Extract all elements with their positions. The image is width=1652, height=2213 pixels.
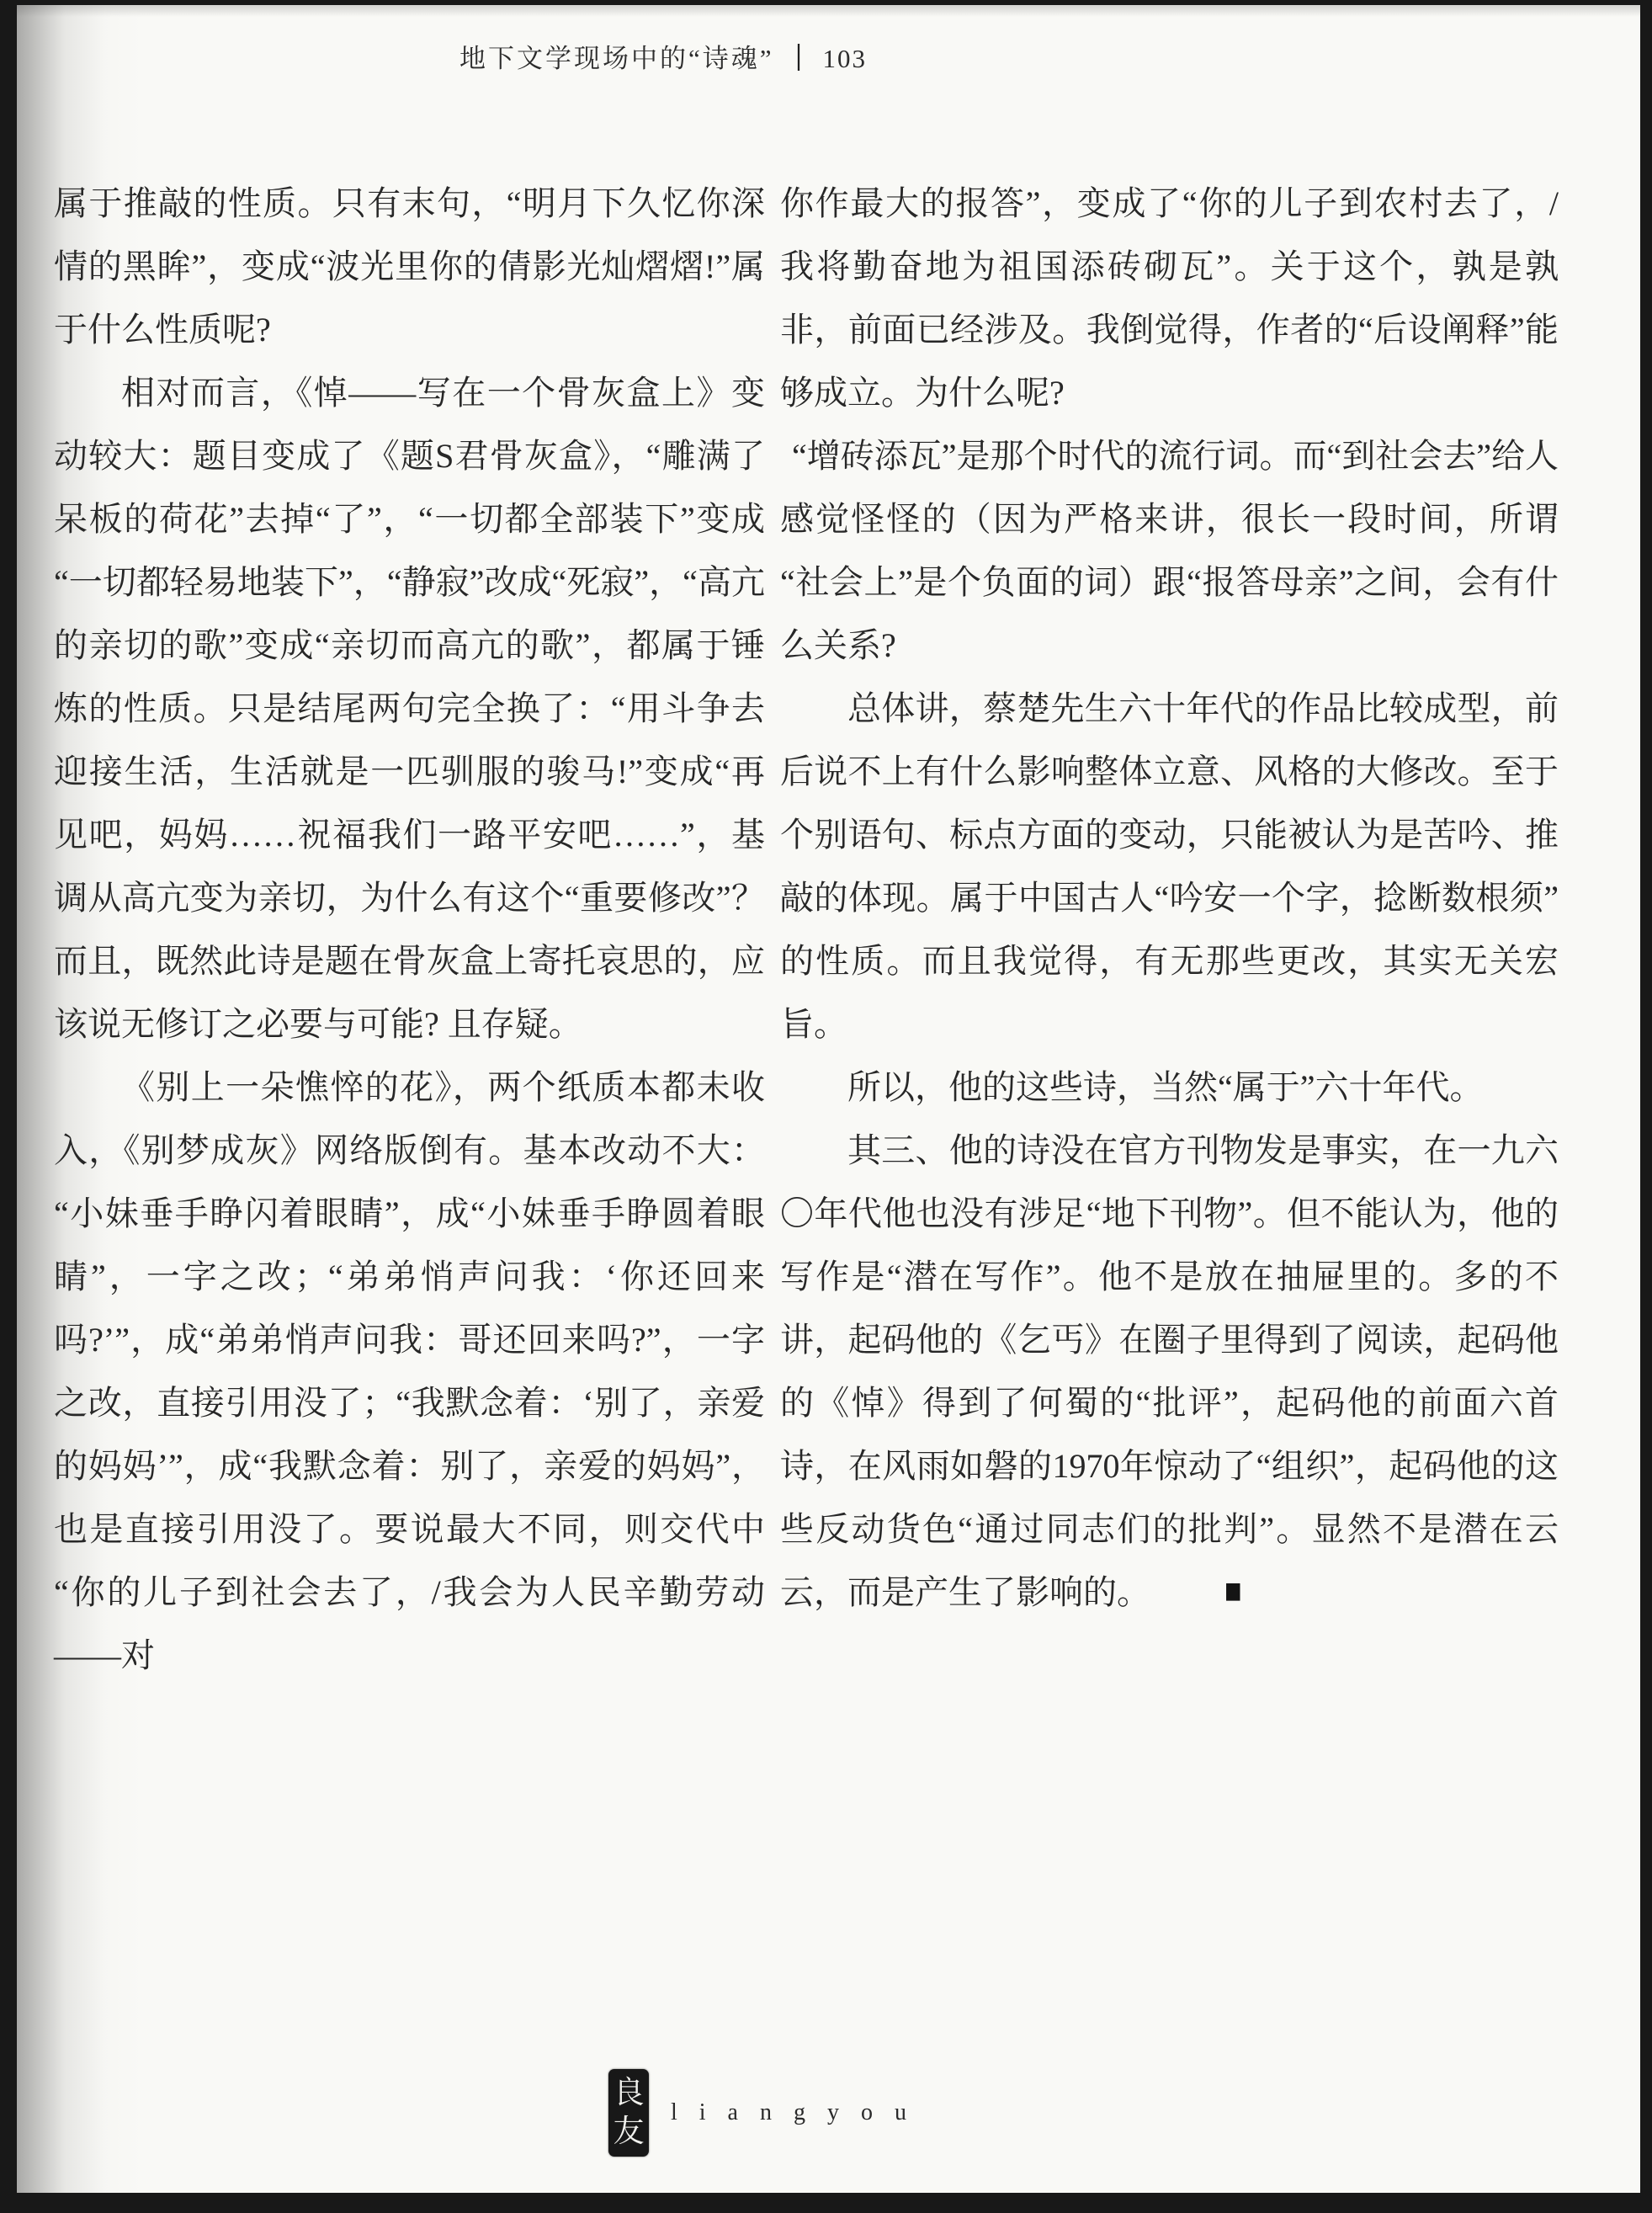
- paragraph: 所以，他的这些诗，当然“属于”六十年代。: [780, 1056, 1559, 1119]
- running-title: 地下文学现场中的“诗魂”: [459, 44, 774, 73]
- seal-character-bottom: 友: [614, 2113, 645, 2152]
- column-right: 你作最大的报答”，变成了“你的儿子到农村去了，/我将勤奋地为祖国添砖砌瓦”。关于…: [780, 172, 1559, 1687]
- paragraph: 总体讲，蔡楚先生六十年代的作品比较成型，前后说不上有什么影响整体立意、风格的大修…: [780, 677, 1559, 1056]
- scanned-page: 地下文学现场中的“诗魂”｜103 属于推敲的性质。只有末句，“明月下久忆你深情的…: [0, 0, 1652, 2213]
- paper-sheet: 地下文学现场中的“诗魂”｜103 属于推敲的性质。只有末句，“明月下久忆你深情的…: [17, 5, 1640, 2193]
- paragraph-text: 其三、他的诗没在官方刊物发是事实，在一九六〇年代他也没有涉足“地下刊物”。但不能…: [780, 1131, 1559, 1611]
- paragraph: 其三、他的诗没在官方刊物发是事实，在一九六〇年代他也没有涉足“地下刊物”。但不能…: [780, 1119, 1559, 1624]
- page-footer: 良 友 liangyou: [608, 2069, 928, 2157]
- article-end-mark: ■: [1157, 1577, 1242, 1609]
- article-body: 属于推敲的性质。只有末句，“明月下久忆你深情的黑眸”，变成“波光里你的倩影光灿熠…: [54, 172, 1559, 1687]
- page-number: 103: [823, 44, 868, 73]
- paragraph: “增砖添瓦”是那个时代的流行词。而“到社会去”给人感觉怪怪的（因为严格来讲，很长…: [780, 424, 1559, 677]
- liangyou-seal: 良 友: [608, 2069, 649, 2157]
- paragraph: 你作最大的报答”，变成了“你的儿子到农村去了，/我将勤奋地为祖国添砖砌瓦”。关于…: [780, 172, 1559, 424]
- paragraph: 属于推敲的性质。只有末句，“明月下久忆你深情的黑眸”，变成“波光里你的倩影光灿熠…: [54, 172, 765, 361]
- liangyou-wordmark: liangyou: [671, 2099, 928, 2126]
- paragraph: 《别上一朵憔悴的花》，两个纸质本都未收入，《别梦成灰》网络版倒有。基本改动不大：…: [54, 1056, 765, 1687]
- header-separator: ｜: [786, 44, 815, 73]
- page-header: 地下文学现场中的“诗魂”｜103: [459, 37, 867, 75]
- paragraph: 相对而言，《悼——写在一个骨灰盒上》变动较大：题目变成了《题S君骨灰盒》，“雕满…: [54, 361, 765, 1056]
- column-left: 属于推敲的性质。只有末句，“明月下久忆你深情的黑眸”，变成“波光里你的倩影光灿熠…: [54, 172, 765, 1687]
- seal-character-top: 良: [614, 2074, 645, 2113]
